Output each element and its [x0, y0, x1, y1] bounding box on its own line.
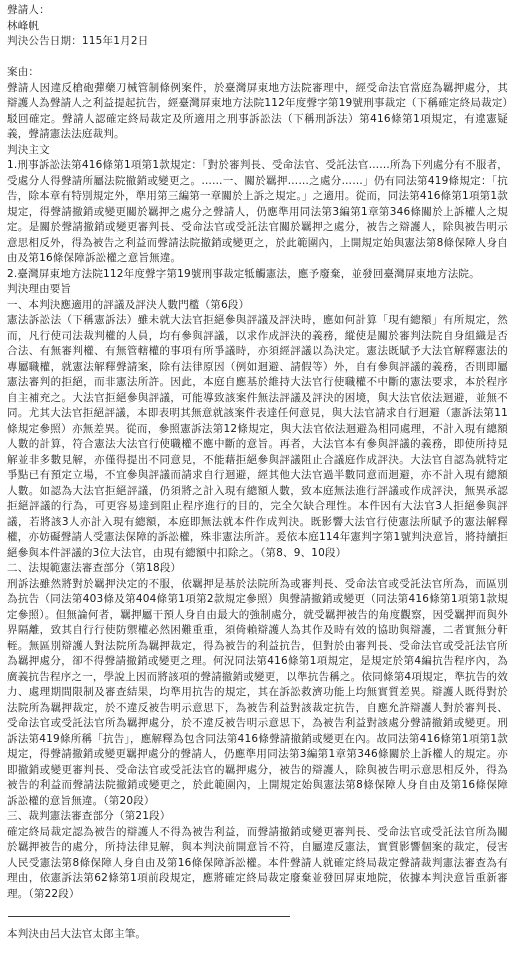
- author-note: 本判決由呂大法官太郎主筆。: [7, 927, 508, 943]
- spacer: [7, 50, 508, 66]
- section-2-body: 刑訴法雖然將對於羈押決定的不服，依羈押是基於法院所為或審判長、受命法官或受託法官…: [7, 577, 508, 810]
- holding-item-1: 1.刑事訴訟法第416條第1項第1款規定：「對於審判長、受命法官、受託法官……所…: [7, 158, 508, 267]
- section-1-heading: 一、本判決應適用的評議及評決人數門檻（第6段）: [7, 298, 508, 314]
- signature-divider: [8, 916, 290, 917]
- holdings-heading: 判決主文: [7, 143, 508, 159]
- case-heading: 案由：: [7, 65, 508, 81]
- section-1-body: 憲法訴訟法（下稱憲訴法）雖未就大法官拒絕參與評議及評決時，應如何計算「現有總額」…: [7, 313, 508, 561]
- section-2-heading: 二、法規範憲法審查部分（第18段）: [7, 561, 508, 577]
- judgment-publish-date: 判決公告日期：115年1月2日: [7, 34, 508, 50]
- reasons-heading: 判決理由要旨: [7, 282, 508, 298]
- judgment-summary-document: 聲請人： 林峰帆 判決公告日期：115年1月2日 案由： 聲請人因違反槍砲彈藥刀…: [0, 0, 515, 953]
- section-3-body: 確定終局裁定認為被告的辯護人不得為被告利益，而聲請撤銷或變更審判長、受命法官或受…: [7, 825, 508, 903]
- applicant-label: 聲請人：: [7, 3, 508, 19]
- holding-item-2: 2.臺灣屏東地方法院112年度聲字第19號刑事裁定牴觸憲法，應予廢棄，並發回臺灣…: [7, 267, 508, 283]
- section-3-heading: 三、裁判憲法審查部分（第21段）: [7, 809, 508, 825]
- case-summary: 聲請人因違反槍砲彈藥刀械管制條例案件，於臺灣屏東地方法院審理中，經受命法官當庭為…: [7, 81, 508, 143]
- applicant-name: 林峰帆: [7, 19, 508, 35]
